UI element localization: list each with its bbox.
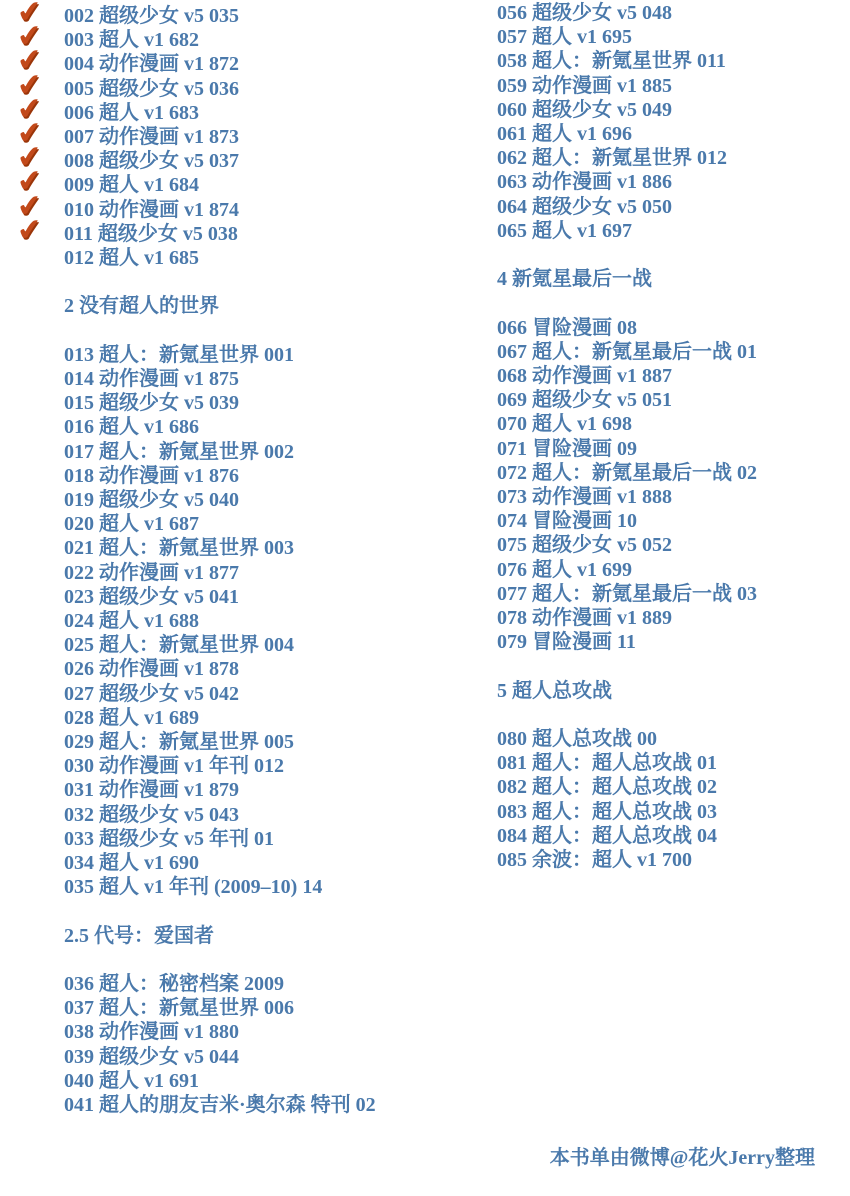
list-item-text: 061 超人 v1 696 [497, 123, 632, 145]
list-item: 038 动作漫画 v1 880 [64, 1020, 376, 1044]
list-item-text: 007 动作漫画 v1 873 [64, 126, 239, 148]
footer-credit: 本书单由微博@花火Jerry整理 [550, 1146, 815, 1170]
list-item-text: 057 超人 v1 695 [497, 26, 632, 48]
list-item-text: 004 动作漫画 v1 872 [64, 53, 239, 75]
section-header: 2 没有超人的世界 [64, 294, 376, 318]
list-item: 023 超级少女 v5 041 [64, 585, 376, 609]
list-item: 022 动作漫画 v1 877 [64, 561, 376, 585]
list-item-text: 018 动作漫画 v1 876 [64, 465, 239, 487]
list-item-text: 041 超人的朋友吉米·奥尔森 特刊 02 [64, 1094, 376, 1116]
list-item-text: 064 超级少女 v5 050 [497, 196, 672, 218]
list-item-text: 031 动作漫画 v1 879 [64, 779, 239, 801]
list-item: 059 动作漫画 v1 885 [497, 74, 757, 98]
list-item-text: 011 超级少女 v5 038 [64, 223, 238, 245]
list-item: 012 超人 v1 685 [64, 246, 376, 270]
list-item-text: 038 动作漫画 v1 880 [64, 1021, 239, 1043]
list-item: 082 超人：超人总攻战 02 [497, 775, 757, 799]
list-item: ✔004 动作漫画 v1 872 [64, 52, 376, 76]
list-item-text: 062 超人：新氪星世界 012 [497, 147, 727, 169]
list-item-text: 037 超人：新氪星世界 006 [64, 997, 294, 1019]
list-item: ✔002 超级少女 v5 035 [64, 4, 376, 28]
list-item-text: 080 超人总攻战 00 [497, 728, 657, 750]
list-item: 070 超人 v1 698 [497, 412, 757, 436]
list-item-text: 060 超级少女 v5 049 [497, 99, 672, 121]
list-item: 056 超级少女 v5 048 [497, 1, 757, 25]
list-item-text: 013 超人：新氪星世界 001 [64, 344, 294, 366]
list-item-text: 024 超人 v1 688 [64, 610, 199, 632]
list-item: 028 超人 v1 689 [64, 706, 376, 730]
list-item-text: 059 动作漫画 v1 885 [497, 75, 672, 97]
list-item-text: 003 超人 v1 682 [64, 29, 199, 51]
list-item-text: 022 动作漫画 v1 877 [64, 562, 239, 584]
list-item: 013 超人：新氪星世界 001 [64, 343, 376, 367]
section-header: 2.5 代号：爱国者 [64, 924, 376, 948]
list-item: 057 超人 v1 695 [497, 25, 757, 49]
list-item-text: 056 超级少女 v5 048 [497, 2, 672, 24]
list-item-text: 070 超人 v1 698 [497, 413, 632, 435]
list-item-text: 032 超级少女 v5 043 [64, 804, 239, 826]
list-item: 058 超人：新氪星世界 011 [497, 49, 757, 73]
list-item: 081 超人：超人总攻战 01 [497, 751, 757, 775]
list-item-text: 036 超人：秘密档案 2009 [64, 973, 284, 995]
list-item: 039 超级少女 v5 044 [64, 1045, 376, 1069]
list-item-text: 081 超人：超人总攻战 01 [497, 752, 717, 774]
list-item: 066 冒险漫画 08 [497, 316, 757, 340]
list-item: 076 超人 v1 699 [497, 558, 757, 582]
list-item: 061 超人 v1 696 [497, 122, 757, 146]
list-item: ✔011 超级少女 v5 038 [64, 222, 376, 246]
list-item: 079 冒险漫画 11 [497, 630, 757, 654]
list-item: 064 超级少女 v5 050 [497, 195, 757, 219]
list-item: 071 冒险漫画 09 [497, 437, 757, 461]
list-item: ✔005 超级少女 v5 036 [64, 77, 376, 101]
list-item-text: 072 超人：新氪星最后一战 02 [497, 462, 757, 484]
list-item: 062 超人：新氪星世界 012 [497, 146, 757, 170]
list-item: 029 超人：新氪星世界 005 [64, 730, 376, 754]
list-item-text: 079 冒险漫画 11 [497, 631, 636, 653]
list-item-text: 040 超人 v1 691 [64, 1070, 199, 1092]
list-item-text: 077 超人：新氪星最后一战 03 [497, 583, 757, 605]
list-item-text: 084 超人：超人总攻战 04 [497, 825, 717, 847]
list-item: 073 动作漫画 v1 888 [497, 485, 757, 509]
list-item: ✔008 超级少女 v5 037 [64, 149, 376, 173]
list-item-text: 030 动作漫画 v1 年刊 012 [64, 755, 284, 777]
list-item: 037 超人：新氪星世界 006 [64, 996, 376, 1020]
list-item-text: 039 超级少女 v5 044 [64, 1046, 239, 1068]
list-item-text: 065 超人 v1 697 [497, 220, 632, 242]
list-item: 035 超人 v1 年刊 (2009–10) 14 [64, 875, 376, 899]
list-item: 077 超人：新氪星最后一战 03 [497, 582, 757, 606]
list-item: 026 动作漫画 v1 878 [64, 657, 376, 681]
list-item: 072 超人：新氪星最后一战 02 [497, 461, 757, 485]
list-item-text: 017 超人：新氪星世界 002 [64, 441, 294, 463]
list-item: 065 超人 v1 697 [497, 219, 757, 243]
list-item: 069 超级少女 v5 051 [497, 388, 757, 412]
list-item-text: 023 超级少女 v5 041 [64, 586, 239, 608]
list-item: 033 超级少女 v5 年刊 01 [64, 827, 376, 851]
list-item: 074 冒险漫画 10 [497, 509, 757, 533]
list-item-text: 026 动作漫画 v1 878 [64, 658, 239, 680]
list-item-text: 019 超级少女 v5 040 [64, 489, 239, 511]
check-icon: ✔ [16, 215, 44, 247]
list-item-text: 010 动作漫画 v1 874 [64, 199, 239, 221]
list-item: 085 余波：超人 v1 700 [497, 848, 757, 872]
list-item: 014 动作漫画 v1 875 [64, 367, 376, 391]
list-item-text: 066 冒险漫画 08 [497, 317, 637, 339]
list-item-text: 063 动作漫画 v1 886 [497, 171, 672, 193]
list-item: 032 超级少女 v5 043 [64, 803, 376, 827]
list-item: 018 动作漫画 v1 876 [64, 464, 376, 488]
list-item-text: 082 超人：超人总攻战 02 [497, 776, 717, 798]
list-item-text: 068 动作漫画 v1 887 [497, 365, 672, 387]
list-item: 017 超人：新氪星世界 002 [64, 440, 376, 464]
list-item: 063 动作漫画 v1 886 [497, 170, 757, 194]
list-item-text: 067 超人：新氪星最后一战 01 [497, 341, 757, 363]
list-item-text: 035 超人 v1 年刊 (2009–10) 14 [64, 876, 322, 898]
list-item: ✔003 超人 v1 682 [64, 28, 376, 52]
list-item-text: 028 超人 v1 689 [64, 707, 199, 729]
list-item: 084 超人：超人总攻战 04 [497, 824, 757, 848]
list-item: 060 超级少女 v5 049 [497, 98, 757, 122]
right-column: 056 超级少女 v5 048057 超人 v1 695058 超人：新氪星世界… [497, 1, 757, 872]
list-item: 024 超人 v1 688 [64, 609, 376, 633]
reading-list-page: ✔ ✔002 超级少女 v5 035✔003 超人 v1 682✔004 动作漫… [0, 0, 850, 1196]
list-item-text: 033 超级少女 v5 年刊 01 [64, 828, 274, 850]
list-item-text: 075 超级少女 v5 052 [497, 534, 672, 556]
list-item-text: 078 动作漫画 v1 889 [497, 607, 672, 629]
list-item: 025 超人：新氪星世界 004 [64, 633, 376, 657]
list-item: 080 超人总攻战 00 [497, 727, 757, 751]
list-item: 016 超人 v1 686 [64, 415, 376, 439]
list-item: 041 超人的朋友吉米·奥尔森 特刊 02 [64, 1093, 376, 1117]
list-item-text: 012 超人 v1 685 [64, 247, 199, 269]
list-item: ✔010 动作漫画 v1 874 [64, 198, 376, 222]
list-item-text: 027 超级少女 v5 042 [64, 683, 239, 705]
list-item-text: 014 动作漫画 v1 875 [64, 368, 239, 390]
list-item-text: 016 超人 v1 686 [64, 416, 199, 438]
list-item-text: 002 超级少女 v5 035 [64, 5, 239, 27]
list-item: 019 超级少女 v5 040 [64, 488, 376, 512]
list-item: 021 超人：新氪星世界 003 [64, 536, 376, 560]
list-item: 031 动作漫画 v1 879 [64, 778, 376, 802]
list-item-text: 034 超人 v1 690 [64, 852, 199, 874]
list-item-text: 076 超人 v1 699 [497, 559, 632, 581]
list-item-text: 074 冒险漫画 10 [497, 510, 637, 532]
list-item: 030 动作漫画 v1 年刊 012 [64, 754, 376, 778]
list-item-text: 008 超级少女 v5 037 [64, 150, 239, 172]
list-item-text: 073 动作漫画 v1 888 [497, 486, 672, 508]
list-item-text: 006 超人 v1 683 [64, 102, 199, 124]
list-item-text: 083 超人：超人总攻战 03 [497, 801, 717, 823]
list-item: ✔006 超人 v1 683 [64, 101, 376, 125]
list-item-text: 071 冒险漫画 09 [497, 438, 637, 460]
list-item: 027 超级少女 v5 042 [64, 682, 376, 706]
list-item: 015 超级少女 v5 039 [64, 391, 376, 415]
list-item: 036 超人：秘密档案 2009 [64, 972, 376, 996]
list-item-text: 025 超人：新氪星世界 004 [64, 634, 294, 656]
list-item-text: 021 超人：新氪星世界 003 [64, 537, 294, 559]
list-item: 078 动作漫画 v1 889 [497, 606, 757, 630]
list-item-text: 009 超人 v1 684 [64, 174, 199, 196]
list-item: ✔009 超人 v1 684 [64, 173, 376, 197]
list-item: 075 超级少女 v5 052 [497, 533, 757, 557]
list-item: 034 超人 v1 690 [64, 851, 376, 875]
list-item-text: 085 余波：超人 v1 700 [497, 849, 692, 871]
list-item: 040 超人 v1 691 [64, 1069, 376, 1093]
list-item-text: 058 超人：新氪星世界 011 [497, 50, 726, 72]
section-header: 5 超人总攻战 [497, 679, 757, 703]
list-item: ✔007 动作漫画 v1 873 [64, 125, 376, 149]
list-item: 067 超人：新氪星最后一战 01 [497, 340, 757, 364]
list-item-text: 029 超人：新氪星世界 005 [64, 731, 294, 753]
list-item-text: 005 超级少女 v5 036 [64, 78, 239, 100]
list-item-text: 020 超人 v1 687 [64, 513, 199, 535]
list-item-text: 015 超级少女 v5 039 [64, 392, 239, 414]
section-header: 4 新氪星最后一战 [497, 267, 757, 291]
list-item-text: 069 超级少女 v5 051 [497, 389, 672, 411]
list-item: 068 动作漫画 v1 887 [497, 364, 757, 388]
list-item: 083 超人：超人总攻战 03 [497, 800, 757, 824]
left-column: ✔002 超级少女 v5 035✔003 超人 v1 682✔004 动作漫画 … [64, 4, 376, 1117]
list-item: 020 超人 v1 687 [64, 512, 376, 536]
